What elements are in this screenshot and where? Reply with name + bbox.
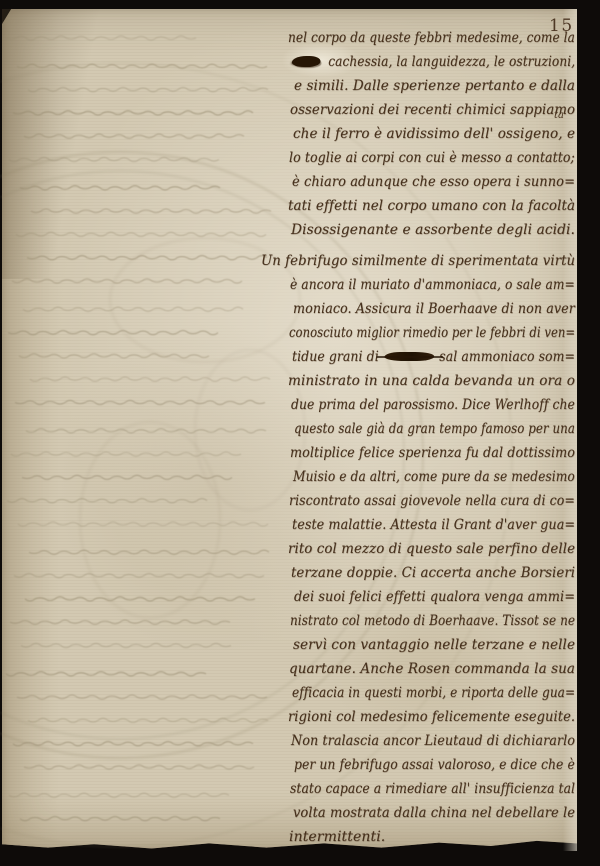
manuscript-line-text: moltiplice felice sperienza fu dal dotti…	[290, 445, 575, 461]
manuscript-line: riscontrato assai giovevole nella cura d…	[289, 489, 575, 513]
manuscript-line-text: osservazioni dei recenti chimici sappiam…	[290, 102, 575, 118]
manuscript-line: nistrato col metodo di Boerhaave. Tissot…	[290, 609, 575, 633]
manuscript-line-text: e simili. Dalle sperienze pertanto e dal…	[294, 78, 575, 94]
manuscript-line: volta mostrata dalla china nel debellare…	[293, 801, 575, 825]
manuscript-line-text: Non tralascia ancor Lieutaud di dichiara…	[291, 733, 575, 749]
manuscript-line: nel corpo da queste febbri medesime, com…	[288, 26, 575, 50]
manuscript-line-text: efficacia in questi morbi, e riporta del…	[292, 685, 575, 701]
manuscript-line-text: rigioni col medesimo felicemente eseguit…	[288, 709, 575, 725]
manuscript-line-text: quartane. Anche Rosen commanda la sua	[289, 661, 575, 677]
manuscript-line-text: conosciuto miglior rimedio per le febbri…	[289, 325, 575, 341]
ink-blot	[384, 352, 434, 361]
manuscript-line-text: intermittenti.	[289, 829, 385, 845]
manuscript-scan: ta nel corpo da queste febbri medesime, …	[0, 0, 600, 866]
manuscript-line: teste malattie. Attesta il Grant d'aver …	[292, 513, 575, 537]
manuscript-line: dei suoi felici effetti qualora venga am…	[294, 585, 575, 609]
manuscript-line: quartane. Anche Rosen commanda la sua	[289, 657, 575, 681]
manuscript-line-text: servì con vantaggio nelle terzane e nell…	[293, 637, 575, 653]
manuscript-line-text: due prima del parossismo. Dice Werlhoff …	[291, 397, 575, 413]
manuscript-line: ministrato in una calda bevanda un ora o	[288, 369, 575, 393]
manuscript-line: Disossigenante e assorbente degli acidi.	[291, 218, 575, 242]
manuscript-line-text: tidue grani di	[292, 349, 379, 365]
manuscript-line-text: volta mostrata dalla china nel debellare…	[293, 805, 575, 821]
manuscript-line-text: riscontrato assai giovevole nella cura d…	[289, 493, 575, 509]
manuscript-line: per un febrifugo assai valoroso, e dice …	[294, 753, 575, 777]
manuscript-line-text: cachessia, la languidezza, le ostruzioni…	[328, 54, 575, 70]
manuscript-line-text: che il ferro è avidissimo dell' ossigeno…	[293, 126, 575, 142]
manuscript-line-text: nistrato col metodo di Boerhaave. Tissot…	[290, 613, 575, 629]
manuscript-line: rigioni col medesimo felicemente eseguit…	[288, 705, 575, 729]
manuscript-line-text: questo sale già da gran tempo famoso per…	[294, 421, 575, 437]
manuscript-line-text: Muisio e da altri, come pure da se medes…	[293, 469, 575, 485]
manuscript-line-text: terzane doppie. Ci accerta anche Borsier…	[291, 565, 575, 581]
manuscript-line-text: è chiaro adunque che esso opera i sunno=	[292, 174, 575, 190]
manuscript-line: che il ferro è avidissimo dell' ossigeno…	[293, 122, 575, 146]
manuscript-line: due prima del parossismo. Dice Werlhoff …	[291, 393, 575, 417]
manuscript-line-text: moniaco. Assicura il Boerhaave di non av…	[293, 301, 575, 317]
manuscript-line: tidue grani disal ammoniaco som=	[292, 345, 575, 369]
manuscript-line-text: lo toglie ai corpi con cui è messo a con…	[289, 150, 575, 166]
manuscript-text-block: ta nel corpo da queste febbri medesime, …	[291, 26, 575, 849]
manuscript-line: questo sale già da gran tempo famoso per…	[294, 417, 575, 441]
manuscript-line: moniaco. Assicura il Boerhaave di non av…	[293, 297, 575, 321]
manuscript-line-text: sal ammoniaco som=	[439, 349, 575, 365]
manuscript-line: osservazioni dei recenti chimici sappiam…	[290, 98, 575, 122]
manuscript-line: Non tralascia ancor Lieutaud di dichiara…	[291, 729, 575, 753]
manuscript-line: Muisio e da altri, come pure da se medes…	[293, 465, 575, 489]
manuscript-line: terzane doppie. Ci accerta anche Borsier…	[291, 561, 575, 585]
manuscript-line: moltiplice felice sperienza fu dal dotti…	[290, 441, 575, 465]
manuscript-line: rito col mezzo di questo sale perfino de…	[288, 537, 575, 561]
manuscript-line: e simili. Dalle sperienze pertanto e dal…	[294, 74, 575, 98]
manuscript-line-text: nel corpo da queste febbri medesime, com…	[288, 30, 575, 46]
manuscript-line: è ancora il muriato d'ammoniaca, o sale …	[290, 273, 575, 297]
manuscript-line-text: ministrato in una calda bevanda un ora o	[288, 373, 575, 389]
manuscript-line-text: teste malattie. Attesta il Grant d'aver …	[292, 517, 575, 533]
manuscript-line: efficacia in questi morbi, e riporta del…	[292, 681, 575, 705]
manuscript-line-text: Disossigenante e assorbente degli acidi.	[291, 222, 575, 238]
page-number: 15	[549, 16, 574, 36]
manuscript-line-text: rito col mezzo di questo sale perfino de…	[288, 541, 575, 557]
manuscript-line-text: stato capace a rimediare all' insufficie…	[290, 781, 575, 797]
manuscript-line-text: Un febrifugo similmente di sperimentata …	[261, 253, 575, 269]
manuscript-line: intermittenti.	[289, 825, 575, 849]
manuscript-line: Un febrifugo similmente di sperimentata …	[261, 249, 575, 273]
manuscript-line: lo toglie ai corpi con cui è messo a con…	[289, 146, 575, 170]
manuscript-line: è chiaro adunque che esso opera i sunno=	[292, 170, 575, 194]
manuscript-line-text: dei suoi felici effetti qualora venga am…	[294, 589, 575, 605]
manuscript-line: tati effetti nel corpo umano con la faco…	[288, 194, 575, 218]
ink-blot	[292, 56, 321, 67]
manuscript-line-text: per un febrifugo assai valoroso, e dice …	[294, 757, 575, 773]
manuscript-line: stato capace a rimediare all' insufficie…	[290, 777, 575, 801]
manuscript-line-text: è ancora il muriato d'ammoniaca, o sale …	[290, 277, 575, 293]
manuscript-line: conosciuto miglior rimedio per le febbri…	[289, 321, 575, 345]
manuscript-line-text: tati effetti nel corpo umano con la faco…	[288, 198, 575, 214]
manuscript-line: servì con vantaggio nelle terzane e nell…	[293, 633, 575, 657]
manuscript-line: cachessia, la languidezza, le ostruzioni…	[291, 50, 575, 74]
